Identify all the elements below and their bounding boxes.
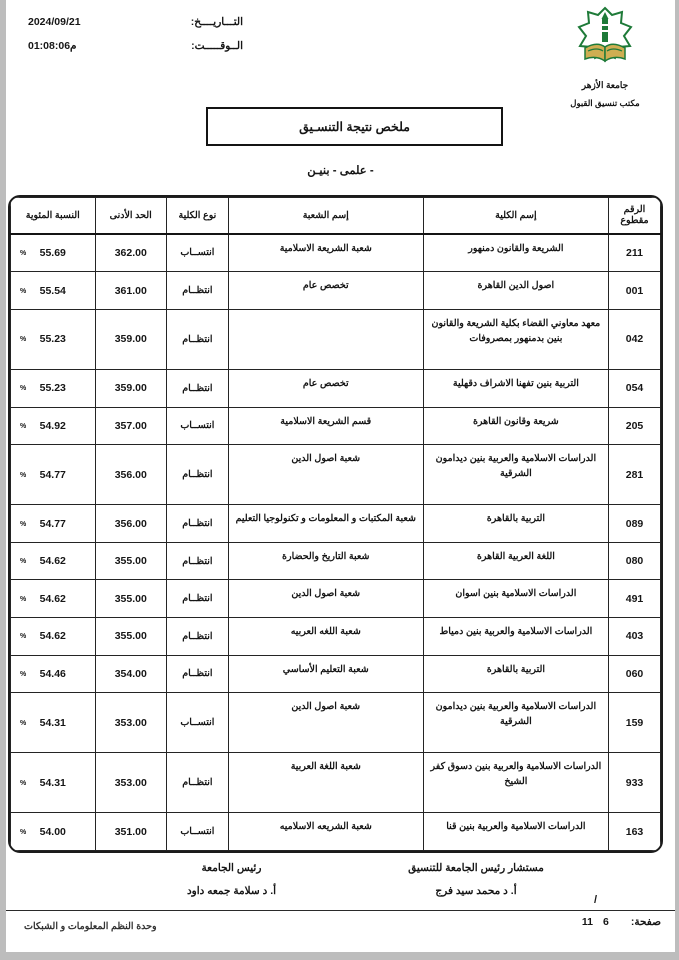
org-name: جامعة الأزهر (557, 80, 653, 91)
table-header-row: الرقم مقطوع إسم الكلية إسم الشعبة نوع ال… (11, 198, 661, 234)
cell-enrollment-type: انتظــام (167, 580, 229, 618)
percent-sign: % (20, 337, 26, 344)
cell-percentage: %54.00 (11, 813, 96, 851)
time-row: الــوقـــــت: 01:08:06م (28, 40, 243, 52)
cell-minimum-score: 351.00 (95, 813, 167, 851)
cell-enrollment-type: انتظــام (167, 272, 229, 310)
president-name: أ. د سلامة جمعه داود (124, 885, 339, 897)
document-page: التـــاريــــخ: 2024/09/21 الــوقـــــت:… (6, 0, 675, 952)
page-info: صفحة: 6 11 (582, 916, 661, 928)
cell-code: 080 (609, 542, 661, 580)
cell-minimum-score: 353.00 (95, 753, 167, 813)
cell-college-name: التربية بنين تفهنا الاشراف دقهلية (423, 370, 608, 408)
cell-minimum-score: 355.00 (95, 542, 167, 580)
president-signature-block: رئيس الجامعة أ. د سلامة جمعه داود (124, 862, 339, 897)
cell-minimum-score: 361.00 (95, 272, 167, 310)
cell-enrollment-type: انتســاب (167, 234, 229, 272)
percentage-value: 55.54 (40, 285, 66, 297)
cell-college-name: الدراسات الاسلامية والعربية بنين ديدامون… (423, 693, 608, 753)
cell-college-name: التربية بالقاهرة (423, 505, 608, 543)
percentage-value: 54.00 (40, 826, 66, 838)
percent-sign: % (20, 288, 26, 295)
table-row: 163الدراسات الاسلامية والعربية بنين قناش… (11, 813, 661, 851)
cell-minimum-score: 362.00 (95, 234, 167, 272)
cell-college-name: الدراسات الاسلامية والعربية بنين دمياط (423, 618, 608, 656)
page-total: 11 (582, 916, 593, 928)
cell-college-name: الشريعة والقانون دمنهور (423, 234, 608, 272)
percentage-value: 54.77 (40, 469, 66, 481)
cell-branch-name: شعبة اصول الدين (228, 445, 423, 505)
org-block: جامعة الأزهر مكتب تنسيق القبول (557, 6, 653, 109)
percentage-value: 54.62 (40, 555, 66, 567)
cell-percentage: %55.23 (11, 309, 96, 369)
cell-enrollment-type: انتظــام (167, 309, 229, 369)
cell-enrollment-type: انتظــام (167, 618, 229, 656)
cell-percentage: %55.69 (11, 234, 96, 272)
cell-code: 491 (609, 580, 661, 618)
cell-branch-name (228, 309, 423, 369)
percentage-value: 54.77 (40, 518, 66, 530)
cell-code: 060 (609, 655, 661, 693)
cell-minimum-score: 355.00 (95, 618, 167, 656)
cell-code: 163 (609, 813, 661, 851)
header-type: نوع الكلية (167, 198, 229, 234)
footer-divider (6, 910, 675, 911)
cell-branch-name: شعبة اصول الدين (228, 580, 423, 618)
cell-code: 211 (609, 234, 661, 272)
header-college: إسم الكلية (423, 198, 608, 234)
cell-minimum-score: 359.00 (95, 309, 167, 369)
president-title: رئيس الجامعة (124, 862, 339, 874)
cell-percentage: %54.31 (11, 753, 96, 813)
cell-branch-name: شعبة اللغه العربيه (228, 618, 423, 656)
cell-code: 159 (609, 693, 661, 753)
date-row: التـــاريــــخ: 2024/09/21 (28, 16, 243, 28)
percentage-value: 54.62 (40, 630, 66, 642)
cell-percentage: %55.54 (11, 272, 96, 310)
cell-code: 403 (609, 618, 661, 656)
percent-sign: % (20, 558, 26, 565)
cell-branch-name: شعبة اللغة العربية (228, 753, 423, 813)
cell-percentage: %54.46 (11, 655, 96, 693)
cell-enrollment-type: انتســاب (167, 693, 229, 753)
cell-enrollment-type: انتظــام (167, 753, 229, 813)
cell-minimum-score: 357.00 (95, 407, 167, 445)
percent-sign: % (20, 633, 26, 640)
header-min: الحد الأدنى (95, 198, 167, 234)
table-row: 205شريعة وقانون القاهرةقسم الشريعة الاسل… (11, 407, 661, 445)
cell-branch-name: شعبة المكتبات و المعلومات و تكنولوجيا ال… (228, 505, 423, 543)
cell-percentage: %54.92 (11, 407, 96, 445)
percentage-value: 54.92 (40, 420, 66, 432)
cell-percentage: %54.77 (11, 445, 96, 505)
unit-label: وحدة النظم المعلومات و الشبكات (24, 921, 157, 932)
percent-sign: % (20, 385, 26, 392)
org-office: مكتب تنسيق القبول (557, 98, 653, 109)
date-time-block: التـــاريــــخ: 2024/09/21 الــوقـــــت:… (28, 16, 243, 64)
cell-enrollment-type: انتظــام (167, 505, 229, 543)
cell-enrollment-type: انتســاب (167, 407, 229, 445)
cell-college-name: الدراسات الاسلامية والعربية بنين ديدامون… (423, 445, 608, 505)
cell-percentage: %54.62 (11, 580, 96, 618)
percent-sign: % (20, 472, 26, 479)
table-row: 281الدراسات الاسلامية والعربية بنين ديدا… (11, 445, 661, 505)
advisor-signature-block: مستشار رئيس الجامعة للتنسيق أ. د محمد سي… (366, 862, 586, 897)
cell-college-name: الدراسات الاسلامية والعربية بنين دسوق كف… (423, 753, 608, 813)
cell-enrollment-type: انتظــام (167, 445, 229, 505)
cell-code: 042 (609, 309, 661, 369)
table-row: 054التربية بنين تفهنا الاشراف دقهليةتخصص… (11, 370, 661, 408)
cell-college-name: معهد معاوني القضاء بكلية الشريعة والقانو… (423, 309, 608, 369)
percentage-value: 55.69 (40, 247, 66, 259)
percentage-value: 54.31 (40, 777, 66, 789)
cell-minimum-score: 355.00 (95, 580, 167, 618)
cell-percentage: %54.31 (11, 693, 96, 753)
table-row: 933الدراسات الاسلامية والعربية بنين دسوق… (11, 753, 661, 813)
date-value: 2024/09/21 (28, 16, 81, 28)
percent-sign: % (20, 250, 26, 257)
percentage-value: 55.23 (40, 333, 66, 345)
cell-enrollment-type: انتظــام (167, 370, 229, 408)
cell-enrollment-type: انتظــام (167, 655, 229, 693)
table-row: 491الدراسات الاسلامية بنين اسوانشعبة اصو… (11, 580, 661, 618)
advisor-name: أ. د محمد سيد فرج (366, 885, 586, 897)
section-subtitle: - علمى - بنيـن (6, 163, 675, 177)
cell-minimum-score: 354.00 (95, 655, 167, 693)
cell-code: 205 (609, 407, 661, 445)
cell-branch-name: شعبة الشريعه الاسلاميه (228, 813, 423, 851)
page-title: ملخص نتيجة التنسـيق (206, 107, 503, 146)
cell-code: 281 (609, 445, 661, 505)
cell-branch-name: تخصص عام (228, 272, 423, 310)
cell-minimum-score: 356.00 (95, 445, 167, 505)
percentage-value: 54.46 (40, 668, 66, 680)
table-row: 403الدراسات الاسلامية والعربية بنين دميا… (11, 618, 661, 656)
cell-branch-name: شعبة التاريخ والحضارة (228, 542, 423, 580)
table-row: 060التربية بالقاهرةشعبة التعليم الأساسيا… (11, 655, 661, 693)
table-row: 001اصول الدين القاهرةتخصص عامانتظــام361… (11, 272, 661, 310)
percentage-value: 54.31 (40, 717, 66, 729)
percent-sign: % (20, 423, 26, 430)
percent-sign: % (20, 671, 26, 678)
results-table-body: 211الشريعة والقانون دمنهورشعبة الشريعة ا… (11, 234, 661, 851)
percent-sign: % (20, 596, 26, 603)
cell-minimum-score: 353.00 (95, 693, 167, 753)
table-row: 159الدراسات الاسلامية والعربية بنين ديدا… (11, 693, 661, 753)
percent-sign: % (20, 829, 26, 836)
cell-code: 933 (609, 753, 661, 813)
cell-minimum-score: 356.00 (95, 505, 167, 543)
cell-percentage: %54.77 (11, 505, 96, 543)
results-table: الرقم مقطوع إسم الكلية إسم الشعبة نوع ال… (8, 195, 663, 853)
cell-code: 089 (609, 505, 661, 543)
cell-branch-name: شعبة اصول الدين (228, 693, 423, 753)
time-value: 01:08:06م (28, 40, 77, 52)
cell-enrollment-type: انتظــام (167, 542, 229, 580)
cell-code: 054 (609, 370, 661, 408)
page-slash: / (594, 894, 597, 906)
cell-branch-name: شعبة التعليم الأساسي (228, 655, 423, 693)
time-label: الــوقـــــت: (191, 40, 243, 52)
header-code: الرقم مقطوع (609, 198, 661, 234)
cell-branch-name: قسم الشريعة الاسلامية (228, 407, 423, 445)
page-number: 6 (603, 916, 609, 928)
date-label: التـــاريــــخ: (191, 16, 243, 28)
al-azhar-logo-icon (557, 6, 653, 76)
cell-percentage: %54.62 (11, 618, 96, 656)
cell-college-name: اللغة العربية القاهرة (423, 542, 608, 580)
cell-enrollment-type: انتســاب (167, 813, 229, 851)
header-branch: إسم الشعبة (228, 198, 423, 234)
percent-sign: % (20, 521, 26, 528)
percentage-value: 54.62 (40, 593, 66, 605)
cell-percentage: %55.23 (11, 370, 96, 408)
cell-branch-name: تخصص عام (228, 370, 423, 408)
cell-college-name: اصول الدين القاهرة (423, 272, 608, 310)
percent-sign: % (20, 720, 26, 727)
header-pct: النسبة المئوية (11, 198, 96, 234)
percent-sign: % (20, 780, 26, 787)
cell-college-name: الدراسات الاسلامية بنين اسوان (423, 580, 608, 618)
page-label: صفحة: (631, 916, 661, 928)
cell-percentage: %54.62 (11, 542, 96, 580)
cell-college-name: التربية بالقاهرة (423, 655, 608, 693)
table-row: 089التربية بالقاهرةشعبة المكتبات و المعل… (11, 505, 661, 543)
table-row: 042معهد معاوني القضاء بكلية الشريعة والق… (11, 309, 661, 369)
cell-code: 001 (609, 272, 661, 310)
advisor-title: مستشار رئيس الجامعة للتنسيق (366, 862, 586, 874)
cell-college-name: شريعة وقانون القاهرة (423, 407, 608, 445)
cell-college-name: الدراسات الاسلامية والعربية بنين قنا (423, 813, 608, 851)
cell-minimum-score: 359.00 (95, 370, 167, 408)
table-row: 080اللغة العربية القاهرةشعبة التاريخ وال… (11, 542, 661, 580)
cell-branch-name: شعبة الشريعة الاسلامية (228, 234, 423, 272)
percentage-value: 55.23 (40, 382, 66, 394)
table-row: 211الشريعة والقانون دمنهورشعبة الشريعة ا… (11, 234, 661, 272)
